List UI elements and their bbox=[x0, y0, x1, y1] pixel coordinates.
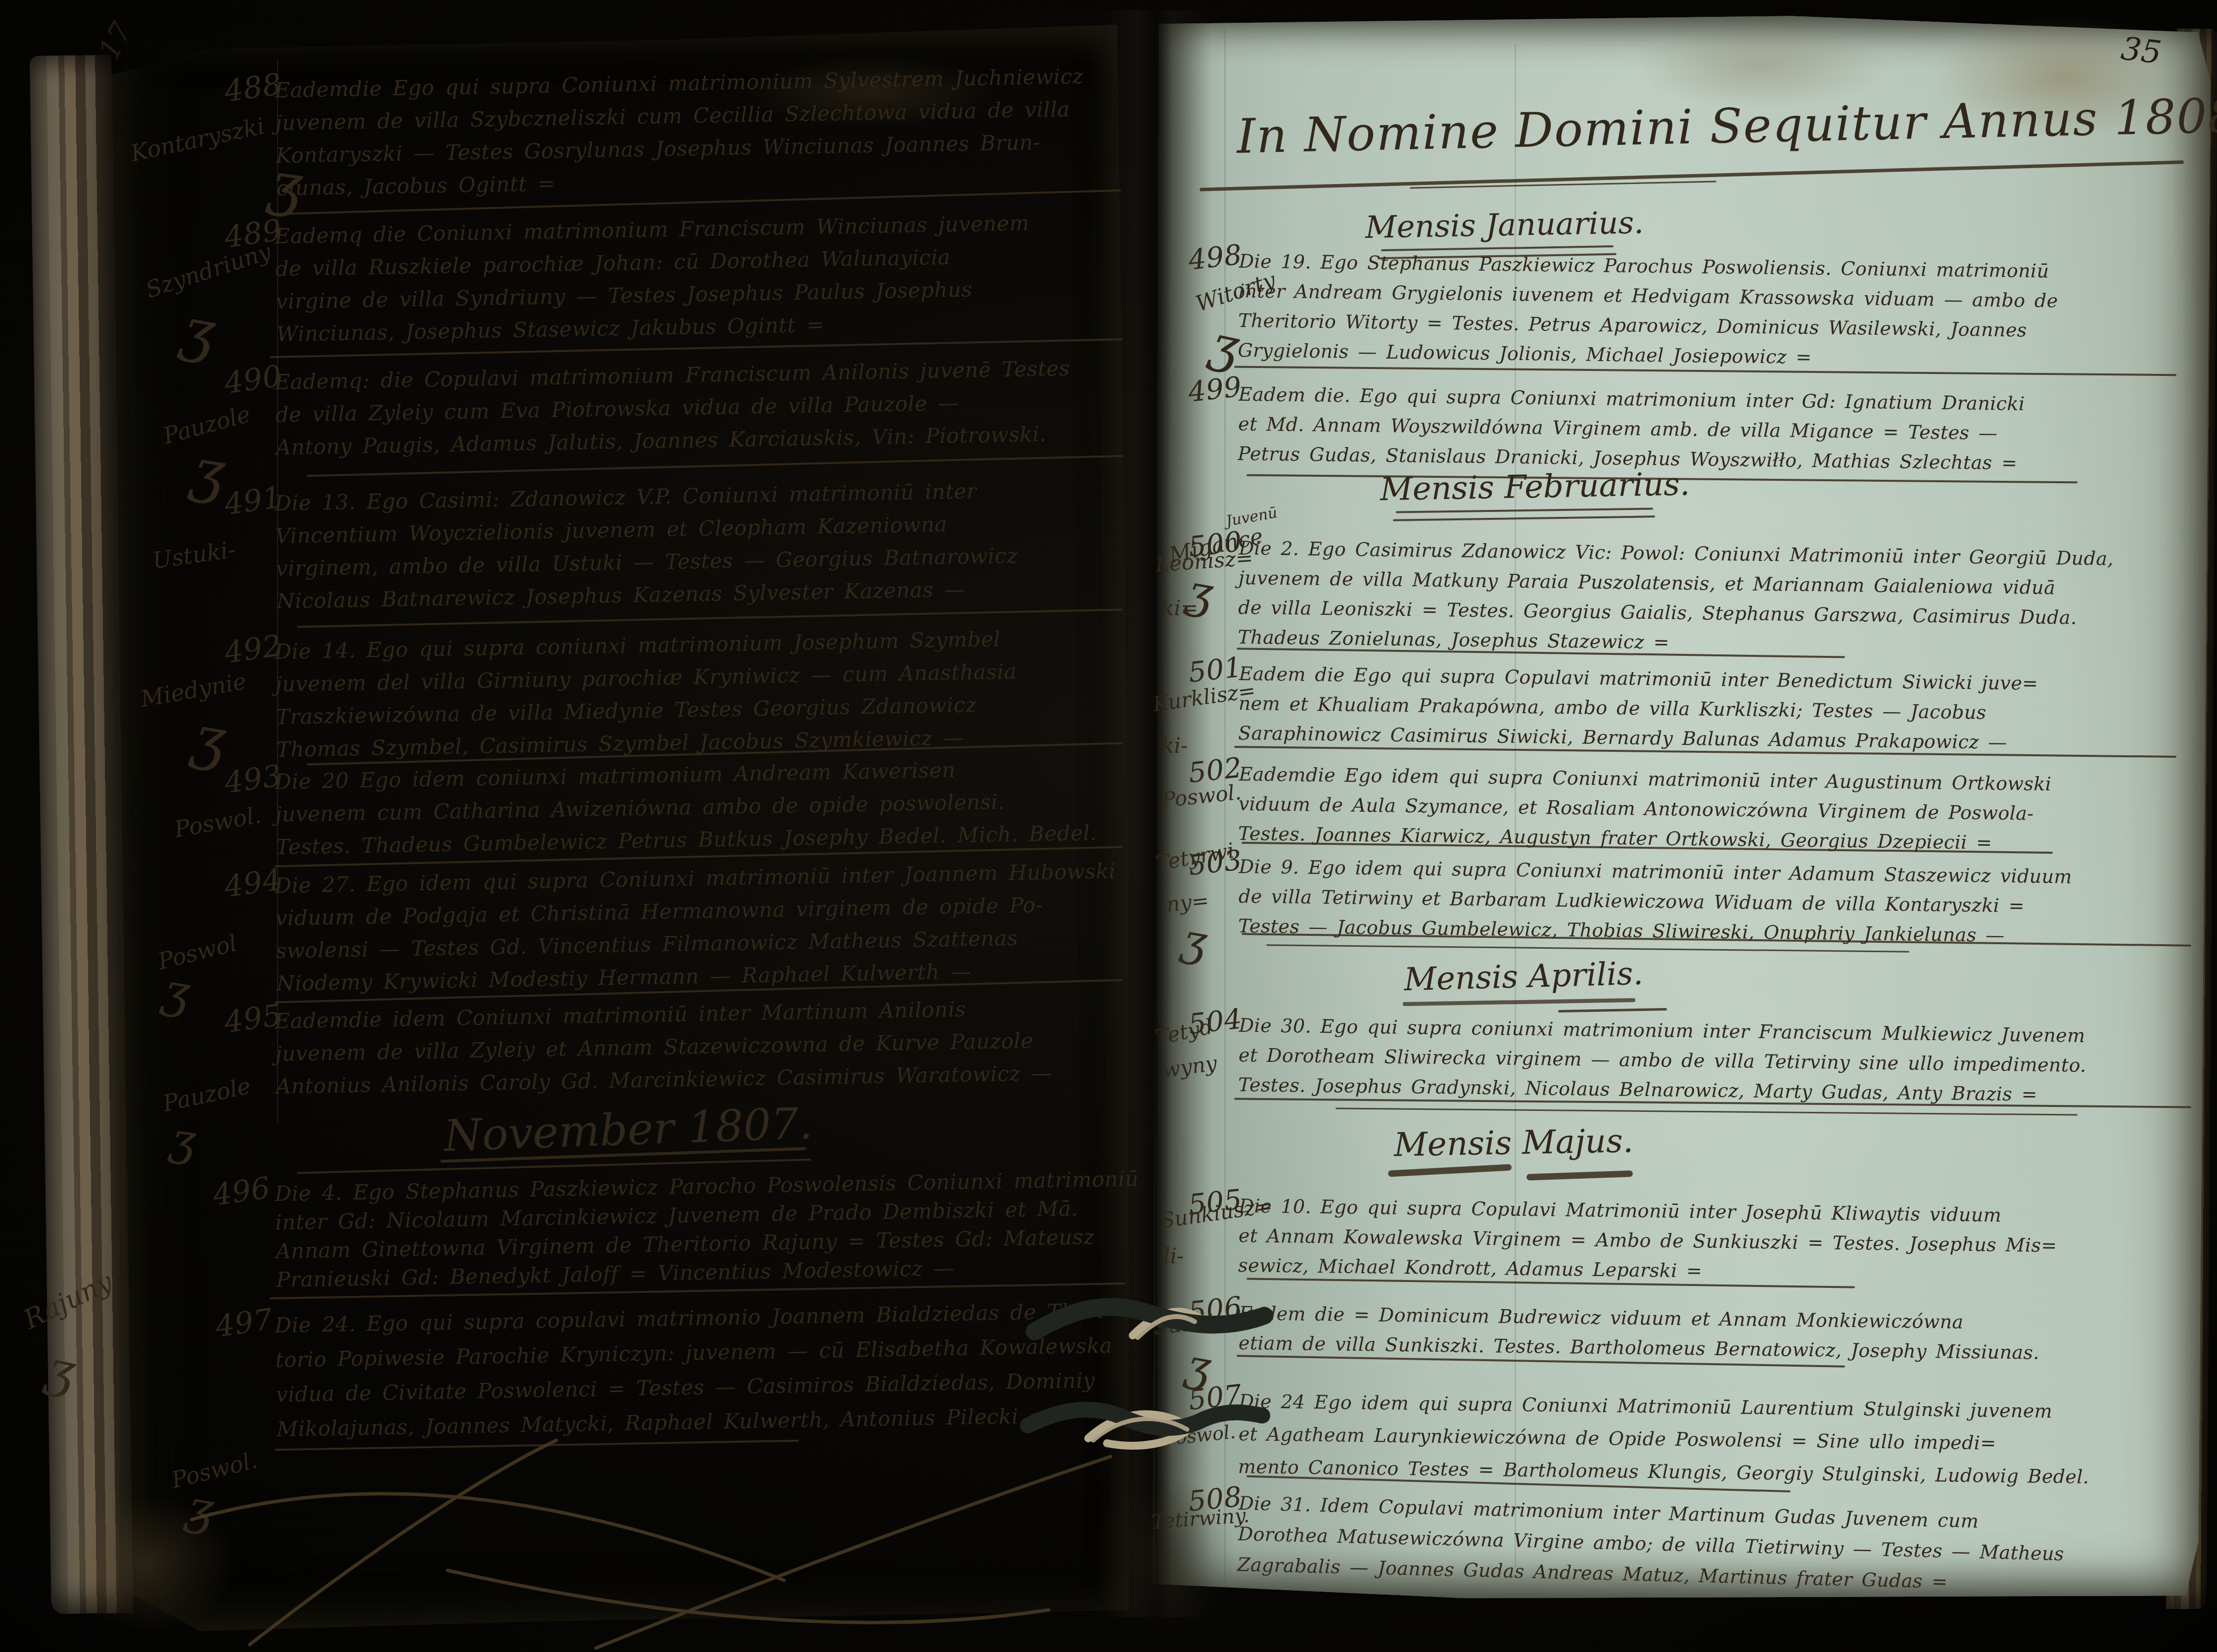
binding-cord bbox=[1035, 1307, 1264, 1337]
bottom-flourish-strokes bbox=[192, 1440, 1110, 1648]
binding-cord bbox=[1028, 1410, 1262, 1446]
binding-cord-and-flourish-svg bbox=[0, 0, 2217, 1652]
parish-register-scan: 17 35 488 Eademdie Ego qui supra Coniunx… bbox=[0, 0, 2217, 1652]
